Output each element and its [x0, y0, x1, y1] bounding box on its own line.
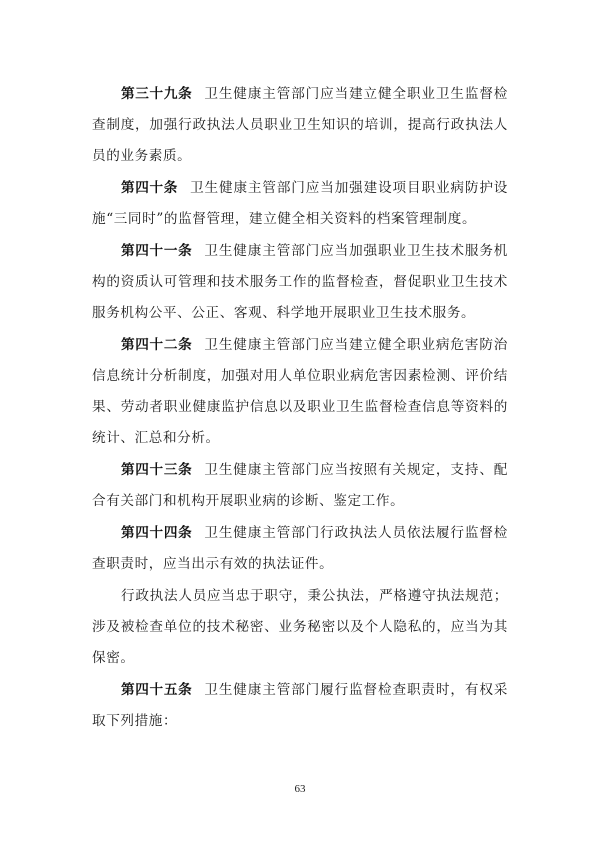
article-number: 第四十三条	[121, 462, 192, 478]
article-45-paragraph: 第四十五条卫生健康主管部门履行监督检查职责时，有权采取下列措施：	[92, 675, 508, 737]
page-number: 63	[0, 783, 600, 795]
article-43-paragraph: 第四十三条卫生健康主管部门应当按照有关规定，支持、配合有关部门和机构开展职业病的…	[92, 455, 508, 517]
article-number: 第四十一条	[121, 243, 192, 259]
paragraph-text: 行政执法人员应当忠于职守，秉公执法，严格遵守执法规范；涉及被检查单位的技术秘密、…	[92, 588, 508, 666]
article-42-paragraph: 第四十二条卫生健康主管部门应当建立健全职业病危害防治信息统计分析制度，加强对用人…	[92, 330, 508, 454]
article-40-paragraph: 第四十条卫生健康主管部门应当加强建设项目职业病防护设施“三同时”的监督管理，建立…	[92, 173, 508, 235]
article-number: 第四十二条	[121, 337, 192, 353]
article-number: 第四十四条	[121, 525, 192, 541]
article-number: 第四十条	[121, 180, 178, 196]
article-39-paragraph: 第三十九条卫生健康主管部门应当建立健全职业卫生监督检查制度，加强行政执法人员职业…	[92, 79, 508, 172]
article-41-paragraph: 第四十一条卫生健康主管部门应当加强职业卫生技术服务机构的资质认可管理和技术服务工…	[92, 236, 508, 329]
article-text: 卫生健康主管部门应当建立健全职业病危害防治信息统计分析制度，加强对用人单位职业病…	[92, 337, 508, 446]
article-44-paragraph: 第四十四条卫生健康主管部门行政执法人员依法履行监督检查职责时，应当出示有效的执法…	[92, 518, 508, 580]
article-number: 第三十九条	[121, 86, 192, 102]
document-page: 第三十九条卫生健康主管部门应当建立健全职业卫生监督检查制度，加强行政执法人员职业…	[92, 79, 508, 738]
article-number: 第四十五条	[121, 682, 192, 698]
article-44-continuation-paragraph: 行政执法人员应当忠于职守，秉公执法，严格遵守执法规范；涉及被检查单位的技术秘密、…	[92, 581, 508, 674]
